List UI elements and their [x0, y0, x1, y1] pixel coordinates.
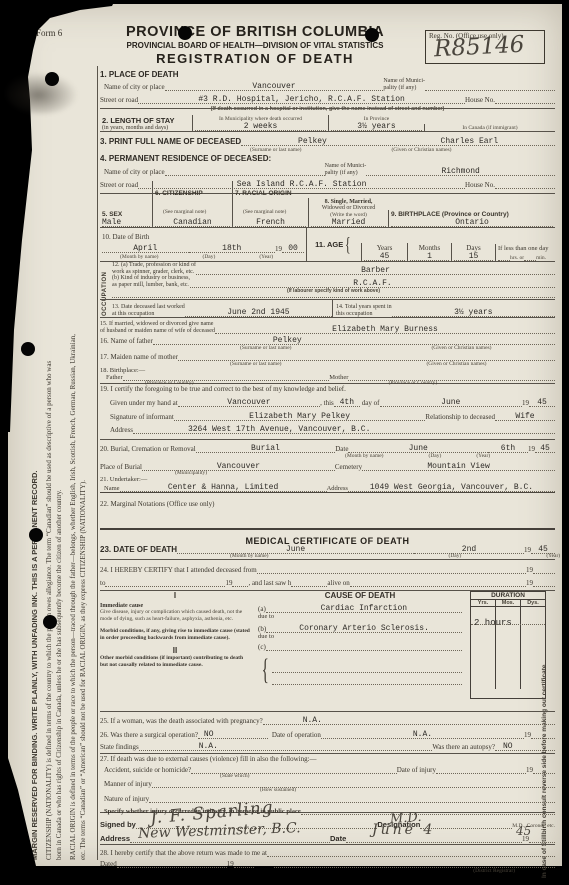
s19-addr-value: 3264 West 17th Avenue, Vancouver, B.C. [188, 426, 370, 434]
duration-box: DURATION Yrs. Mos. Dys. 2 hours [470, 591, 546, 699]
section-informant: 19. I certify the foregoing to be true a… [100, 384, 555, 440]
cause-immediate-body: Give disease, injury or complication whi… [100, 609, 250, 622]
s4-muni-label: Name of Munici- [325, 163, 367, 169]
s28-registrar-note: (District Registrar) [473, 868, 515, 874]
s14-value: 3½ years [454, 309, 492, 317]
s1-house-label: House No. [465, 96, 495, 104]
cause-other-body: Other morbid conditions (if important) c… [100, 655, 250, 668]
s19-year-value: 45 [537, 399, 547, 407]
s26-autopsy-value: NO [503, 743, 513, 751]
s2-sublabel: (in years, months and days) [102, 125, 190, 131]
s12b-value: R.C.A.F. [353, 280, 391, 288]
section-external-causes: 27. If death was due to external causes … [100, 754, 555, 813]
s2-label: 2. LENGTH OF STAY [102, 116, 190, 125]
section-attended: 24. I HEREBY CERTIFY that I attended dec… [100, 560, 555, 591]
s19-addr-label: Address [110, 426, 133, 434]
duration-col-dys: Dys. [520, 600, 545, 606]
s3-given-note: (Given or Christian names) [391, 147, 451, 153]
s5-value: Male [102, 219, 121, 227]
s13-value: June 2nd 1945 [227, 309, 289, 317]
s19-day-value: 4th [340, 399, 354, 407]
s10-year-note: (Year) [259, 254, 273, 260]
s25-value: N.A. [303, 717, 322, 725]
header-board: PROVINCIAL BOARD OF HEALTH—DIVISION OF V… [105, 41, 405, 50]
s10-day-value: 18th [222, 245, 241, 253]
s11-months-value: 1 [427, 253, 432, 261]
cause-entries: CAUSE OF DEATH (a) Cardiac Infarction du… [258, 591, 462, 685]
section-sex-to-birthplace: 5. SEX Male 6. CITIZENSHIP (See marginal… [100, 193, 555, 228]
header-title: REGISTRATION OF DEATH [105, 51, 405, 66]
cause-a-value: Cardiac Infarction [321, 605, 407, 613]
s2-col3-label: In Canada (if immigrant) [427, 125, 553, 131]
section-burial: 20. Burial, Cremation or Removal Burial … [100, 440, 555, 476]
s9-value: Ontario [455, 219, 489, 227]
s17-label: 17. Maiden name of mother [100, 353, 178, 361]
cause-roman-two: II [100, 646, 250, 655]
s23-month-value: June [286, 546, 305, 554]
duration-header: DURATION [471, 592, 545, 600]
s11-years-value: 45 [380, 253, 390, 261]
s23-label: 23. DATE OF DEATH [100, 545, 177, 554]
s16-value: Pelkey [273, 337, 302, 345]
section-spouse-name: 15. If married, widowed or divorced give… [100, 318, 555, 334]
section-marginal-notations: 22. Marginal Notations (Office use only) [100, 493, 555, 530]
punch-hole [29, 528, 43, 542]
s9-label: 9. BIRTHPLACE (Province or Country) [391, 211, 553, 218]
s20-day-value: 6th [501, 445, 515, 453]
s27-injury-date-label: Date of injury [397, 766, 436, 774]
duration-col-mos: Mos. [495, 600, 520, 606]
s11-years-label: Years [364, 244, 405, 252]
s20-label: 20. Burial, Cremation or Removal [100, 445, 196, 453]
punch-hole [178, 26, 192, 40]
s3-surname-value: Pelkey [298, 138, 327, 146]
s19-given-label: Given under my hand at [110, 399, 178, 407]
s12a-value: Barber [361, 267, 390, 275]
section-last-worked: 13. Date deceased last worked at this oc… [100, 300, 555, 318]
s26-findings-value: N.A. [199, 743, 218, 751]
s28-dated-label: Dated [100, 860, 117, 868]
ink-smudge [6, 72, 78, 114]
s20-cemetery-value: Mountain View [427, 463, 489, 471]
section-mother-name: 17. Maiden name of mother (Surname or la… [100, 351, 555, 367]
s10-month-note: (Month by name) [120, 254, 159, 260]
punch-hole [365, 28, 379, 42]
s19-rel-value: Wife [515, 413, 534, 421]
section-cause-of-death: I Immediate cause Give disease, injury o… [100, 591, 555, 712]
s26-autopsy-label: Was there an autopsy? [432, 743, 495, 751]
s8-value: Married [332, 219, 366, 227]
s4-street-label: Street or road [100, 181, 138, 189]
s20-place-value: Vancouver [217, 463, 260, 471]
s18-mother-label: Mother [329, 374, 348, 381]
s1-street-value: #3 R.D. Hospital, Jericho, R.C.A.F. Stat… [198, 96, 404, 104]
s13-label: 13. Date deceased last worked [112, 304, 185, 310]
section-length-of-stay: 2. LENGTH OF STAY (in years, months and … [100, 108, 555, 132]
s7-note: (See marginal note) [243, 209, 286, 215]
s21-name-label: Name [104, 485, 120, 492]
s4-house-label: House No. [465, 181, 495, 189]
scan-background: MARGIN RESERVED FOR BINDING. WRITE PLAIN… [0, 0, 569, 885]
s5-label: 5. SEX [102, 211, 150, 218]
s20-year-value: 45 [540, 445, 550, 453]
s14-label: 14. Total years spent in [336, 304, 392, 310]
s3-surname-note: (Surname or last name) [250, 147, 301, 153]
age-brace: { [345, 235, 351, 255]
s25-label: 25. If a woman, was the death associated… [100, 717, 263, 725]
section-parents-birthplace: 18. Birthplace:— Father Mother (Province… [100, 367, 555, 384]
s16-label: 16. Name of father [100, 337, 153, 345]
margin-note-citizenship: CITIZENSHIP (NATIONALITY) is defined in … [45, 348, 64, 860]
s27-manner-label: Manner of injury [104, 780, 152, 788]
s18-father-label: Father [106, 374, 123, 381]
s27-accident-label: Accident, suicide or homicide? [104, 766, 191, 774]
s21-addr-label: Address [327, 485, 348, 492]
s23-day-value: 2nd [462, 546, 476, 554]
s1-city-value: Vancouver [252, 83, 295, 91]
section-father-name: 16. Name of father Pelkey (Surname or la… [100, 334, 555, 351]
s15-label: 15. If married, widowed or divorced give… [100, 321, 213, 327]
cause-roman-one: I [100, 591, 250, 600]
form-left-rule [97, 66, 98, 860]
signed-date-label: Date [330, 834, 346, 843]
s6-value: Canadian [173, 219, 211, 227]
section-full-name: 3. PRINT FULL NAME OF DECEASED Pelkey Ch… [100, 133, 555, 153]
header-block: PROVINCE OF BRITISH COLUMBIA PROVINCIAL … [105, 24, 405, 66]
s2-col1-value: 2 weeks [244, 123, 278, 131]
s21-addr-value: 1049 West Georgia, Vancouver, B.C. [370, 484, 533, 492]
s27-nature-label: Nature of injury [104, 795, 149, 803]
form-number: Form 6 [36, 28, 62, 38]
s20-date-label: Date [335, 445, 348, 453]
s4-muni-value: Richmond [441, 168, 479, 176]
s1-muni-label: Name of Munici- [383, 78, 425, 84]
s26-value: NO [204, 731, 214, 739]
s20-cemetery-label: Cemetery [335, 463, 362, 471]
s6-note: (See marginal note) [163, 209, 206, 215]
s2-col2-value: 3½ years [357, 123, 395, 131]
margin-note-racial-origin: RACIAL ORIGIN is defined in terms of the… [69, 332, 88, 860]
s7-value: French [256, 219, 285, 227]
punch-hole [45, 72, 59, 86]
section-registrar-return: 28. I hereby certify that the above retu… [100, 845, 555, 874]
s8-label: 8. Single, Married, [325, 199, 373, 205]
s10-day-note: (Day) [203, 254, 216, 260]
s19-sig-value: Elizabeth Mary Pelkey [249, 413, 350, 421]
section-date-of-death: 23. DATE OF DEATH June 2nd 19 45 (Month … [100, 543, 555, 560]
s20-value: Burial [251, 445, 280, 453]
section-operation: 26. Was there a surgical operation? NO D… [100, 726, 555, 754]
section-occupation: 12. (a) Trade, profession or kind of wor… [100, 262, 555, 300]
s12b-label: (b) Kind of industry or business, [112, 275, 190, 281]
signed-year-handwritten: 45 [516, 824, 531, 838]
signed-addr-label: Address [100, 834, 130, 843]
section-undertaker: 21. Undertaker:— Name Center & Hanna, Li… [100, 476, 555, 493]
s26-findings-label: State findings [100, 743, 139, 751]
s24-aliveon: alive on [327, 579, 349, 587]
s8-note: (Write the word) [330, 212, 367, 218]
s1-street-label: Street or road [100, 96, 138, 104]
s20-month-value: June [409, 445, 428, 453]
section-birth-age: 10. Date of Birth April 18th 19 00 (Mont… [100, 228, 555, 262]
s21-name-value: Center & Hanna, Limited [168, 484, 278, 492]
duration-row-rule [471, 624, 545, 625]
s11-months-label: Months [410, 244, 449, 252]
s3-given-value: Charles Earl [441, 138, 499, 146]
s3-label: 3. PRINT FULL NAME OF DECEASED [100, 137, 241, 146]
s11-days-label: Days [454, 244, 493, 252]
margin-note-binding: MARGIN RESERVED FOR BINDING. WRITE PLAIN… [30, 32, 40, 860]
s19-month-value: June [441, 399, 460, 407]
s19-place-value: Vancouver [227, 399, 270, 407]
s6-label: 6. CITIZENSHIP [155, 190, 203, 197]
other-brace: { [262, 655, 269, 685]
section-place-of-death: 1. PLACE OF DEATH Name of city or place … [100, 70, 555, 112]
s20-place-label: Place of Burial [100, 463, 142, 471]
punch-hole [21, 342, 35, 356]
signed-date-handwritten: June 4 [372, 822, 435, 838]
section-pregnancy: 25. If a woman, was the death associated… [100, 712, 555, 725]
s12a-label: 12. (a) Trade, profession or kind of [112, 262, 196, 268]
s10-year-value: 00 [288, 245, 298, 253]
s22-label: 22. Marginal Notations (Office use only) [100, 500, 214, 508]
s7-label: 7. RACIAL ORIGIN [235, 190, 292, 197]
s23-year-value: 45 [538, 546, 548, 554]
duration-value: 2 hours [474, 612, 512, 630]
s24-lastsaw: , and last saw h [248, 579, 291, 587]
reg-no-value: R85146 [433, 32, 525, 63]
s26-date-value: N.A. [413, 731, 432, 739]
s10-month-value: April [133, 245, 157, 253]
cause-left-labels: I Immediate cause Give disease, injury o… [100, 591, 250, 668]
cause-b-value: Coronary Arterio Sclerosis. [299, 625, 429, 633]
s11-label: 11. AGE [315, 240, 343, 249]
s11-days-value: 15 [469, 253, 479, 261]
header-province: PROVINCE OF BRITISH COLUMBIA [105, 24, 405, 40]
punch-hole [43, 615, 57, 629]
duration-col-yrs: Yrs. [471, 600, 495, 606]
cause-morbid-body: Morbid conditions, if any, giving rise t… [100, 628, 250, 641]
